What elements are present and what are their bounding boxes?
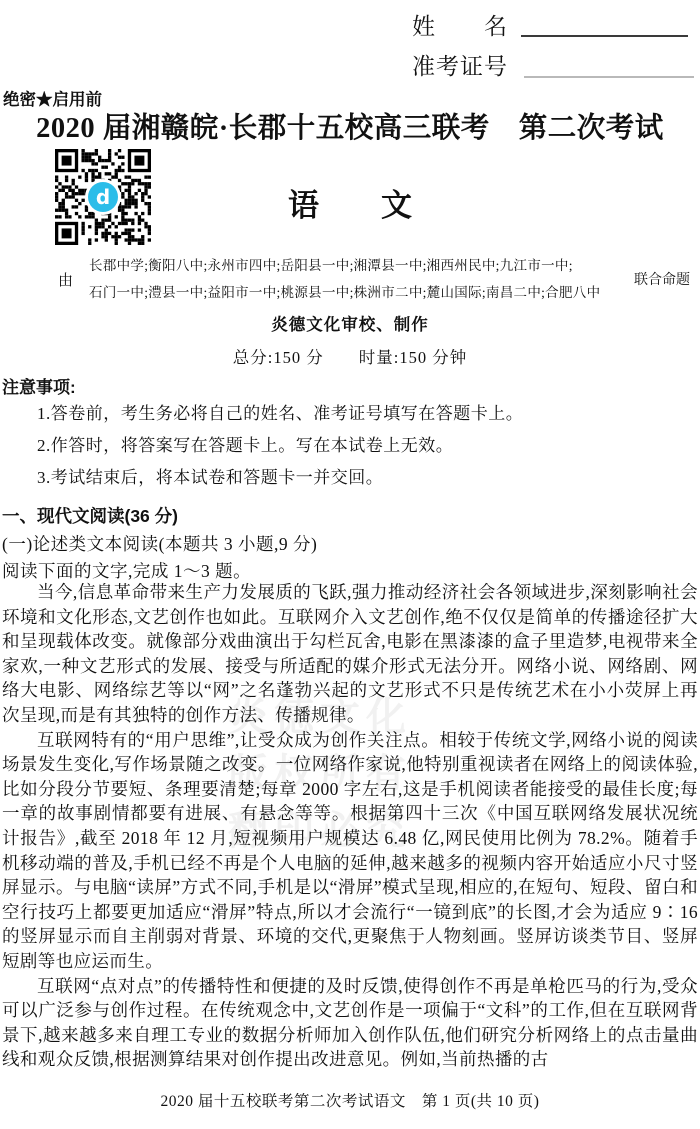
passage-paragraph-2: 互联网特有的“用户思维”,让受众成为创作关注点。相较于传统文学,网络小说的阅读场… — [2, 728, 698, 974]
section-subheading: (一)论述类文本阅读(本题共 3 小题,9 分) — [2, 531, 317, 556]
name-field-label: 姓 名 — [412, 8, 508, 41]
exam-paper-page: 姓 名 准考证号 绝密★启用前 2020 届湘赣皖·长郡十五校高三联考 第二次考… — [0, 0, 700, 1129]
passage-paragraph-1: 当今,信息革命带来生产力发展质的飞跃,强力推动经济社会各领域进步,深刻影响社会环… — [2, 580, 698, 728]
exam-title: 2020 届湘赣皖·长郡十五校高三联考 第二次考试 — [0, 105, 700, 146]
section-heading: 一、现代文阅读(36 分) — [2, 503, 178, 528]
notice-title: 注意事项: — [2, 373, 76, 398]
score-and-duration: 总分:150 分 时量:150 分钟 — [0, 344, 700, 368]
subject-title: 语 文 — [0, 180, 700, 225]
notice-item-1: 1.答卷前，考生务必将自己的姓名、准考证号填写在答题卡上。 — [37, 399, 523, 424]
school-list-line-2: 石门一中;澧县一中;益阳市一中;桃源县一中;株洲市二中;麓山国际;南昌二中;合肥… — [89, 279, 624, 306]
admission-number-label: 准考证号 — [412, 48, 508, 81]
passage-paragraph-3: 互联网“点对点”的传播特性和便捷的及时反馈,使得创作不再是单枪匹马的行为,受众可… — [2, 974, 698, 1072]
school-list-line-1: 长郡中学;衡阳八中;永州市四中;岳阳县一中;湘潭县一中;湘西州民中;九江市一中; — [89, 252, 624, 279]
reading-passage: 当今,信息革命带来生产力发展质的飞跃,强力推动经济社会各领域进步,深刻影响社会环… — [2, 580, 698, 1072]
admission-number-blank-line — [524, 76, 694, 78]
review-credit: 炎德文化审校、制作 — [0, 311, 700, 335]
notice-item-2: 2.作答时，将答案写在答题卡上。写在本试卷上无效。 — [37, 431, 453, 456]
name-blank-line — [521, 35, 688, 37]
organizers-block: 由 长郡中学;衡阳八中;永州市四中;岳阳县一中;湘潭县一中;湘西州民中;九江市一… — [58, 252, 690, 306]
page-footer: 2020 届十五校联考第二次考试语文 第 1 页(共 10 页) — [0, 1089, 700, 1111]
notice-item-3: 3.考试结束后，将本试卷和答题卡一并交回。 — [37, 463, 383, 488]
organizers-prefix: 由 — [58, 269, 73, 290]
organizers-suffix: 联合命题 — [634, 269, 690, 289]
organizers-school-list: 长郡中学;衡阳八中;永州市四中;岳阳县一中;湘潭县一中;湘西州民中;九江市一中;… — [89, 252, 624, 306]
